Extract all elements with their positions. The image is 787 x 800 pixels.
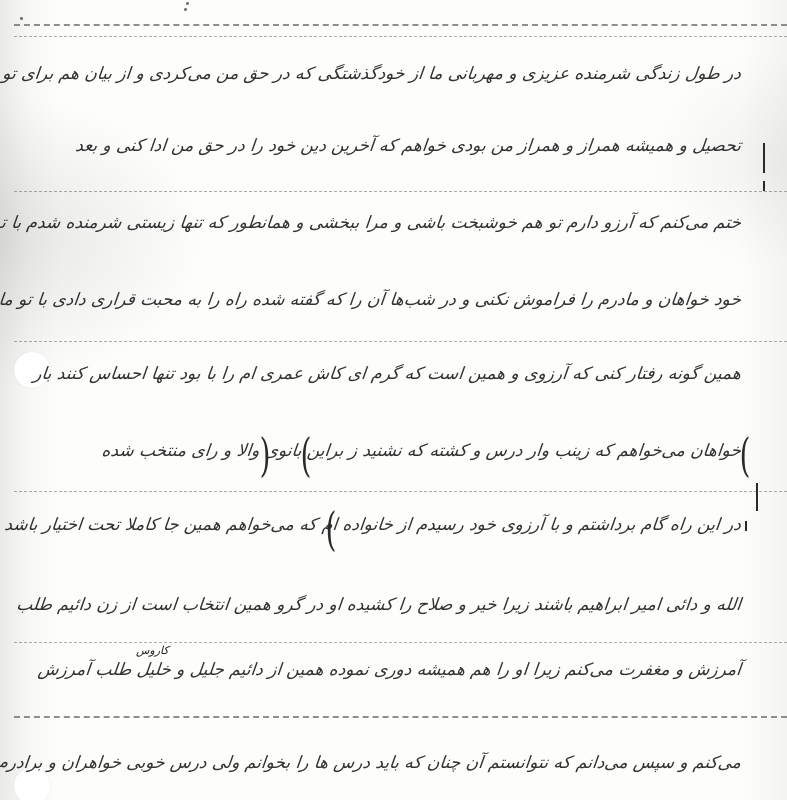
handwritten-line-10: می‌کنم و سپس می‌دانم که نتوانستم آن چنان… bbox=[29, 753, 742, 773]
ruled-line bbox=[14, 716, 787, 718]
ruled-line bbox=[14, 36, 787, 37]
handwritten-line-6: خواهان می‌خواهم که زینب وار درس و کشته ک… bbox=[29, 441, 742, 461]
margin-bar bbox=[763, 143, 765, 173]
ruled-line bbox=[14, 642, 787, 643]
handwritten-line-1: در طول زندگی شرمنده عزیزی و مهربانی ما ا… bbox=[29, 64, 742, 84]
handwritten-line-9: آمرزش و مغفرت می‌کنم زیرا او را هم همیشه… bbox=[29, 660, 742, 680]
scanned-letter-page: در طول زندگی شرمنده عزیزی و مهربانی ما ا… bbox=[0, 0, 787, 800]
margin-bar bbox=[745, 521, 747, 531]
handwritten-line-5: همین گونه رفتار کنی که آرزوی و همین است … bbox=[29, 364, 742, 384]
handwritten-line-4: خود خواهان و مادرم را فراموش نکنی و در ش… bbox=[29, 290, 742, 310]
margin-bar bbox=[756, 483, 758, 511]
margin-bar bbox=[763, 181, 765, 191]
ink-speck bbox=[20, 17, 23, 20]
ruled-line bbox=[14, 491, 787, 492]
ruled-line bbox=[14, 24, 787, 26]
handwritten-line-8: الله و دائی امیر ابراهیم باشند زیرا خیر … bbox=[29, 595, 742, 615]
handwritten-line-7: در این راه گام برداشتم و با آرزوی خود رس… bbox=[29, 515, 742, 535]
interlinear-note: کاروس bbox=[136, 644, 169, 657]
margin-parenthesis: ( bbox=[326, 506, 337, 552]
handwritten-line-2: تحصیل و همیشه همراز و همراز من بودی خواه… bbox=[29, 136, 742, 156]
ink-speck bbox=[184, 8, 187, 11]
margin-parenthesis: ( bbox=[301, 432, 312, 478]
ruled-line bbox=[14, 341, 787, 342]
ink-speck bbox=[186, 2, 189, 5]
margin-parenthesis: ) bbox=[260, 432, 271, 478]
margin-parenthesis: ( bbox=[740, 432, 751, 478]
ruled-line bbox=[14, 191, 787, 192]
handwritten-line-3: ختم می‌کنم که آرزو دارم تو هم خوشبخت باش… bbox=[29, 213, 742, 233]
